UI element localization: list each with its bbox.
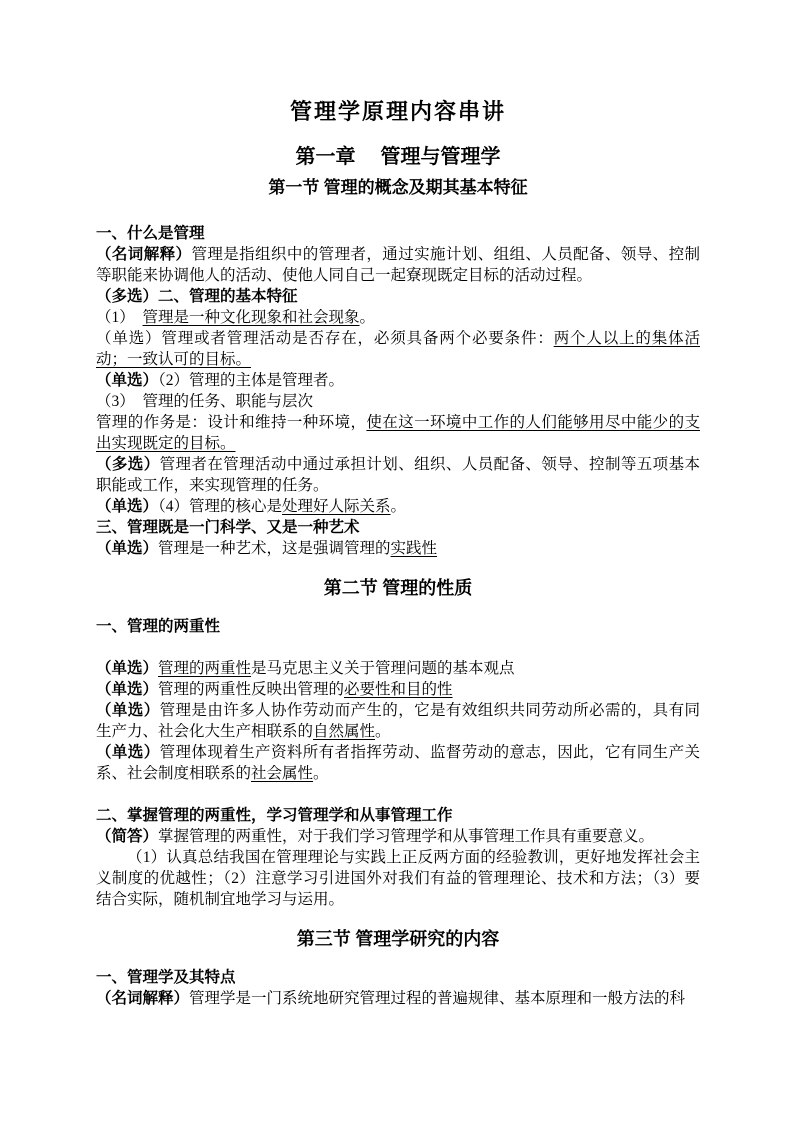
text-run: 。 <box>375 723 391 740</box>
paragraph: （3） 管理的任务、职能与层次 <box>96 391 700 412</box>
text-run: 一、管理的两重性 <box>96 618 220 635</box>
paragraph: （多选）管理者在管理活动中通过承担计划、组织、人员配备、领导、控制等五项基本职能… <box>96 454 700 496</box>
text-run: （单选） <box>96 540 158 557</box>
section-heading: 第三节 管理学研究的内容 <box>96 926 700 952</box>
paragraph: （1） 管理是一种文化现象和社会现象。 <box>96 307 700 328</box>
text-run: 一、什么是管理 <box>96 225 205 242</box>
text-run: （名词解释） <box>96 246 191 263</box>
paragraph: （单选）（2）管理的主体是管理者。 <box>96 370 700 391</box>
text-run: 管理的两重性反映出管理的 <box>158 681 344 698</box>
text-run: 第二节 管理的性质 <box>324 578 473 598</box>
chapter-heading: 第一章 管理与管理学 <box>96 142 700 172</box>
text-run: 管理的作务是：设计和维持一种环境， <box>96 414 366 431</box>
text-run: 是马克思主义关于管理问题的基本观点 <box>251 660 515 677</box>
section-heading: 第二节 管理的性质 <box>96 575 700 601</box>
text-run: 处理好人际关系 <box>282 498 391 515</box>
text-run: 管理是由许多人协作劳动而产生的，它是有效组织共同劳动所必需的，具有同生产力、社会… <box>96 702 700 740</box>
paragraph: 一、管理的两重性 <box>96 616 700 637</box>
text-run: 管理体现着生产资料所有者指挥劳动、监督劳动的意志，因此，它有同生产关系、社会制度… <box>96 744 700 782</box>
text-run: （单选） <box>96 681 158 698</box>
section-heading-1: 第一节 管理的概念及期其基本特征 <box>96 175 700 201</box>
paragraph: （简答）掌握管理的两重性，对于我们学习管理学和从事管理工作具有重要意义。 <box>96 826 700 847</box>
text-run: （单选） <box>96 498 158 515</box>
text-run: 三、管理既是一门科学、又是一种艺术 <box>96 519 360 536</box>
text-run: 管理是一种艺术，这是强调管理的 <box>158 540 391 557</box>
blank-line <box>96 784 700 805</box>
paragraph: 二、掌握管理的两重性，学习管理学和从事管理工作 <box>96 805 700 826</box>
paragraph: （单选）管理的两重性是马克思主义关于管理问题的基本观点 <box>96 658 700 679</box>
text-run: 掌握管理的两重性，对于我们学习管理学和从事管理工作具有重要意义。 <box>158 828 654 845</box>
text-run: （单选）管理或者管理活动是否存在，必须具备两个必要条件： <box>96 330 554 347</box>
paragraph: （单选）（4）管理的核心是处理好人际关系。 <box>96 496 700 517</box>
text-run: 实践性 <box>391 540 438 557</box>
text-run: 第三节 管理学研究的内容 <box>297 929 500 949</box>
text-run: （单选） <box>96 702 160 719</box>
paragraph: 三、管理既是一门科学、又是一种艺术 <box>96 517 700 538</box>
text-run: 。 <box>313 765 329 782</box>
text-run: 一、管理学及其特点 <box>96 969 236 986</box>
paragraph: （名词解释）管理是指组织中的管理者，通过实施计划、组组、人员配备、领导、控制等职… <box>96 244 700 286</box>
text-run: （2）管理的主体是管理者。 <box>158 372 344 389</box>
text-run: 管理的两重性 <box>158 660 251 677</box>
paragraph: （多选）二、管理的基本特征 <box>96 286 700 307</box>
text-run: （单选） <box>96 372 158 389</box>
text-run: 管理是一种文化现象和社会现象 <box>143 309 360 326</box>
text-run: （3） 管理的任务、职能与层次 <box>96 393 313 410</box>
text-run: 二、掌握管理的两重性，学习管理学和从事管理工作 <box>96 807 453 824</box>
paragraph: （单选）管理或者管理活动是否存在，必须具备两个必要条件：两个人以上的集体活动；一… <box>96 328 700 370</box>
paragraph: （单选）管理的两重性反映出管理的必要性和目的性 <box>96 679 700 700</box>
text-run: 管理者在管理活动中通过承担计划、组织、人员配备、领导、控制等五项基本职能或工作，… <box>96 456 700 494</box>
paragraph: （单选）管理是由许多人协作劳动而产生的，它是有效组织共同劳动所必需的，具有同生产… <box>96 700 700 742</box>
text-run: 。 <box>391 498 407 515</box>
text-run: （多选） <box>96 456 160 473</box>
paragraph: （单选）管理是一种艺术，这是强调管理的实践性 <box>96 538 700 559</box>
paragraph: （单选）管理体现着生产资料所有者指挥劳动、监督劳动的意志，因此，它有同生产关系、… <box>96 742 700 784</box>
text-run: 必要性和目的性 <box>344 681 453 698</box>
paragraph: 管理的作务是：设计和维持一种环境，使在这一环境中工作的人们能够用尽中能少的支出实… <box>96 412 700 454</box>
text-run: （4）管理的核心是 <box>158 498 282 515</box>
paragraph: 一、管理学及其特点 <box>96 967 700 988</box>
text-run: （简答） <box>96 828 158 845</box>
text-run: 。 <box>360 309 376 326</box>
text-run: （单选） <box>96 744 160 761</box>
blank-line <box>96 637 700 658</box>
text-run: 自然属性 <box>313 723 375 740</box>
document-page: 管理学原理内容串讲 第一章 管理与管理学 第一节 管理的概念及期其基本特征 一、… <box>0 0 794 1123</box>
text-run: （1） <box>96 309 143 326</box>
document-title: 管理学原理内容串讲 <box>96 96 700 128</box>
text-run: （1）认真总结我国在管理理论与实践上正反两方面的经验教训，更好地发挥社会主义制度… <box>96 849 700 908</box>
paragraph: （名词解释）管理学是一门系统地研究管理过程的普遍规律、基本原理和一般方法的科 <box>96 988 700 1009</box>
text-run: （名词解释） <box>96 990 189 1007</box>
text-run: （多选）二、管理的基本特征 <box>96 288 298 305</box>
text-run: 管理学是一门系统地研究管理过程的普遍规律、基本原理和一般方法的科 <box>189 990 685 1007</box>
text-run: 社会属性 <box>251 765 313 782</box>
paragraph: 一、什么是管理 <box>96 223 700 244</box>
text-run: （单选） <box>96 660 158 677</box>
paragraph: （1）认真总结我国在管理理论与实践上正反两方面的经验教训，更好地发挥社会主义制度… <box>96 847 700 910</box>
document-body: 一、什么是管理（名词解释）管理是指组织中的管理者，通过实施计划、组组、人员配备、… <box>96 223 700 1009</box>
